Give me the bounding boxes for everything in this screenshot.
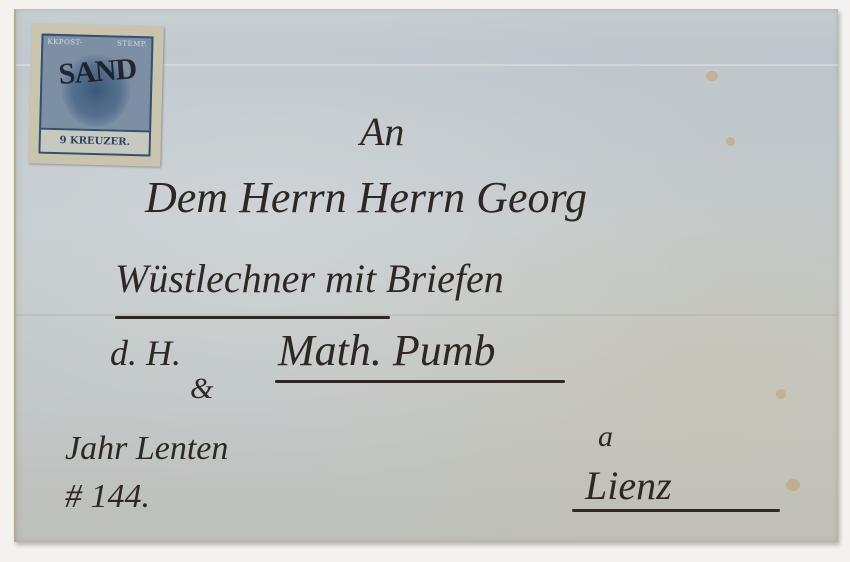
- underline: [572, 509, 780, 512]
- salutation: An: [360, 108, 404, 155]
- destination-prefix: a: [598, 420, 613, 454]
- destination: Lienz: [585, 462, 672, 509]
- foxing-spot: [786, 479, 800, 491]
- stamp-header-left: KKPOST-: [47, 38, 83, 47]
- address-line-2: Wüstlechner mit Briefen: [115, 255, 504, 302]
- address-line-3-name: Math. Pumb: [278, 325, 496, 376]
- address-line-3-suffix: &: [190, 372, 213, 406]
- cancellation-mark: SAND: [57, 52, 137, 92]
- foxing-spot: [776, 389, 786, 399]
- postage-stamp: KKPOST- STEMP. 9 KREUZER. SAND: [28, 23, 164, 166]
- stamp-frame: KKPOST- STEMP. 9 KREUZER.: [38, 34, 153, 157]
- note-line-2: # 144.: [65, 478, 150, 516]
- underline: [275, 380, 565, 383]
- stamp-header-right: STEMP.: [117, 40, 147, 49]
- stamp-denomination: 9 KREUZER.: [41, 128, 150, 155]
- foxing-spot: [706, 71, 718, 81]
- stamp-header: KKPOST- STEMP.: [47, 38, 147, 49]
- foxing-spot: [726, 137, 735, 146]
- underline: [115, 316, 390, 319]
- address-line-3-prefix: d. H.: [110, 332, 181, 374]
- note-line-1: Jahr Lenten: [65, 430, 228, 468]
- addressee-line: Dem Herrn Herrn Georg: [145, 172, 587, 223]
